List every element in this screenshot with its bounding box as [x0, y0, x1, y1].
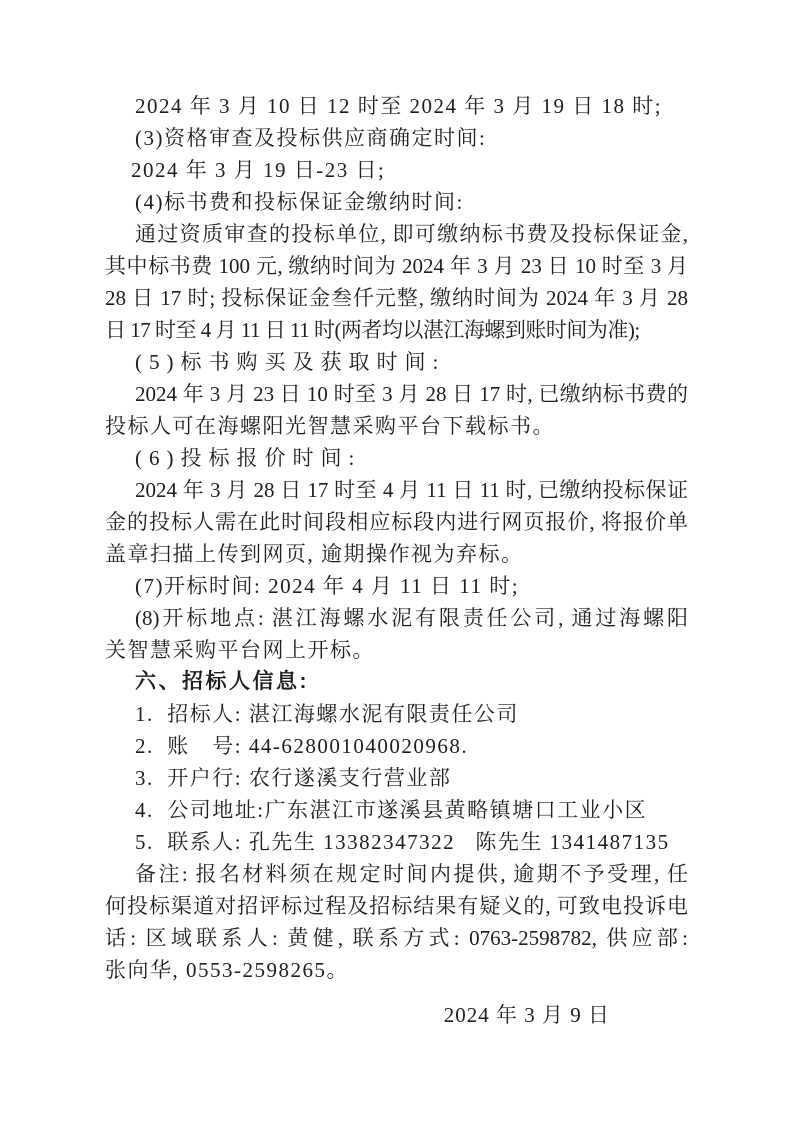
paragraph-line: (5)标书购买及获取时间: [105, 346, 688, 378]
paragraph-line: 4. 公司地址:广东湛江市遂溪县黄略镇塘口工业小区 [105, 794, 688, 826]
paragraph-line: (3)资格审查及投标供应商确定时间: [105, 122, 688, 154]
paragraph-line: 何投标渠道对招评标过程及招标结果有疑义的, 可致电投诉电 [105, 890, 688, 922]
paragraph-line: 2024 年 3 月 23 日 10 时至 3 月 28 日 17 时, 已缴纳… [105, 378, 688, 410]
paragraph-line: 日 17 时至 4 月 11 日 11 时(两者均以湛江海螺到账时间为准); [105, 314, 688, 346]
paragraph-line: (8)开标地点: 湛江海螺水泥有限责任公司, 通过海螺阳 [105, 602, 688, 634]
document-body: 2024 年 3 月 10 日 12 时至 2024 年 3 月 19 日 18… [105, 90, 688, 1031]
paragraph-line: 其中标书费 100 元, 缴纳时间为 2024 年 3 月 23 日 10 时至… [105, 250, 688, 282]
paragraph-line: 备注: 报名材料须在规定时间内提供, 逾期不予受理, 任 [105, 858, 688, 890]
document-page: 2024 年 3 月 10 日 12 时至 2024 年 3 月 19 日 18… [0, 0, 793, 1122]
paragraph-line: (6)投标报价时间: [105, 442, 688, 474]
paragraph-line: 2024 年 3 月 19 日-23 日; [105, 154, 688, 186]
paragraph-line: 话: 区域联系人: 黄健, 联系方式: 0763-2598782, 供应部: [105, 922, 688, 954]
paragraph-line: (7)开标时间: 2024 年 4 月 11 日 11 时; [105, 570, 688, 602]
paragraph-line: 投标人可在海螺阳光智慧采购平台下载标书。 [105, 410, 688, 442]
paragraph-line: 2024 年 3 月 28 日 17 时至 4 月 11 日 11 时, 已缴纳… [105, 474, 688, 506]
paragraph-line: (4)标书费和投标保证金缴纳时间: [105, 186, 688, 218]
paragraph-line: 2024 年 3 月 10 日 12 时至 2024 年 3 月 19 日 18… [105, 90, 688, 122]
paragraph-line: 关智慧采购平台网上开标。 [105, 634, 688, 666]
paragraph-line: 3. 开户行: 农行遂溪支行营业部 [105, 762, 688, 794]
paragraph-line: 5. 联系人: 孔先生 13382347322 陈先生 1341487135 [105, 826, 688, 858]
paragraph-line: 通过资质审查的投标单位, 即可缴纳标书费及投标保证金, [105, 218, 688, 250]
paragraph-line: 2. 账 号: 44-628001040020968. [105, 730, 688, 762]
paragraph-line: 张向华, 0553-2598265。 [105, 954, 688, 986]
section-heading: 六、招标人信息: [105, 666, 688, 698]
sign-date: 2024 年 3 月 9 日 [105, 999, 688, 1031]
paragraph-line: 金的投标人需在此时间段相应标段内进行网页报价, 将报价单 [105, 506, 688, 538]
paragraph-line: 28 日 17 时; 投标保证金叁仟元整, 缴纳时间为 2024 年 3 月 2… [105, 282, 688, 314]
paragraph-line: 盖章扫描上传到网页, 逾期操作视为弃标。 [105, 538, 688, 570]
paragraph-line: 1. 招标人: 湛江海螺水泥有限责任公司 [105, 698, 688, 730]
